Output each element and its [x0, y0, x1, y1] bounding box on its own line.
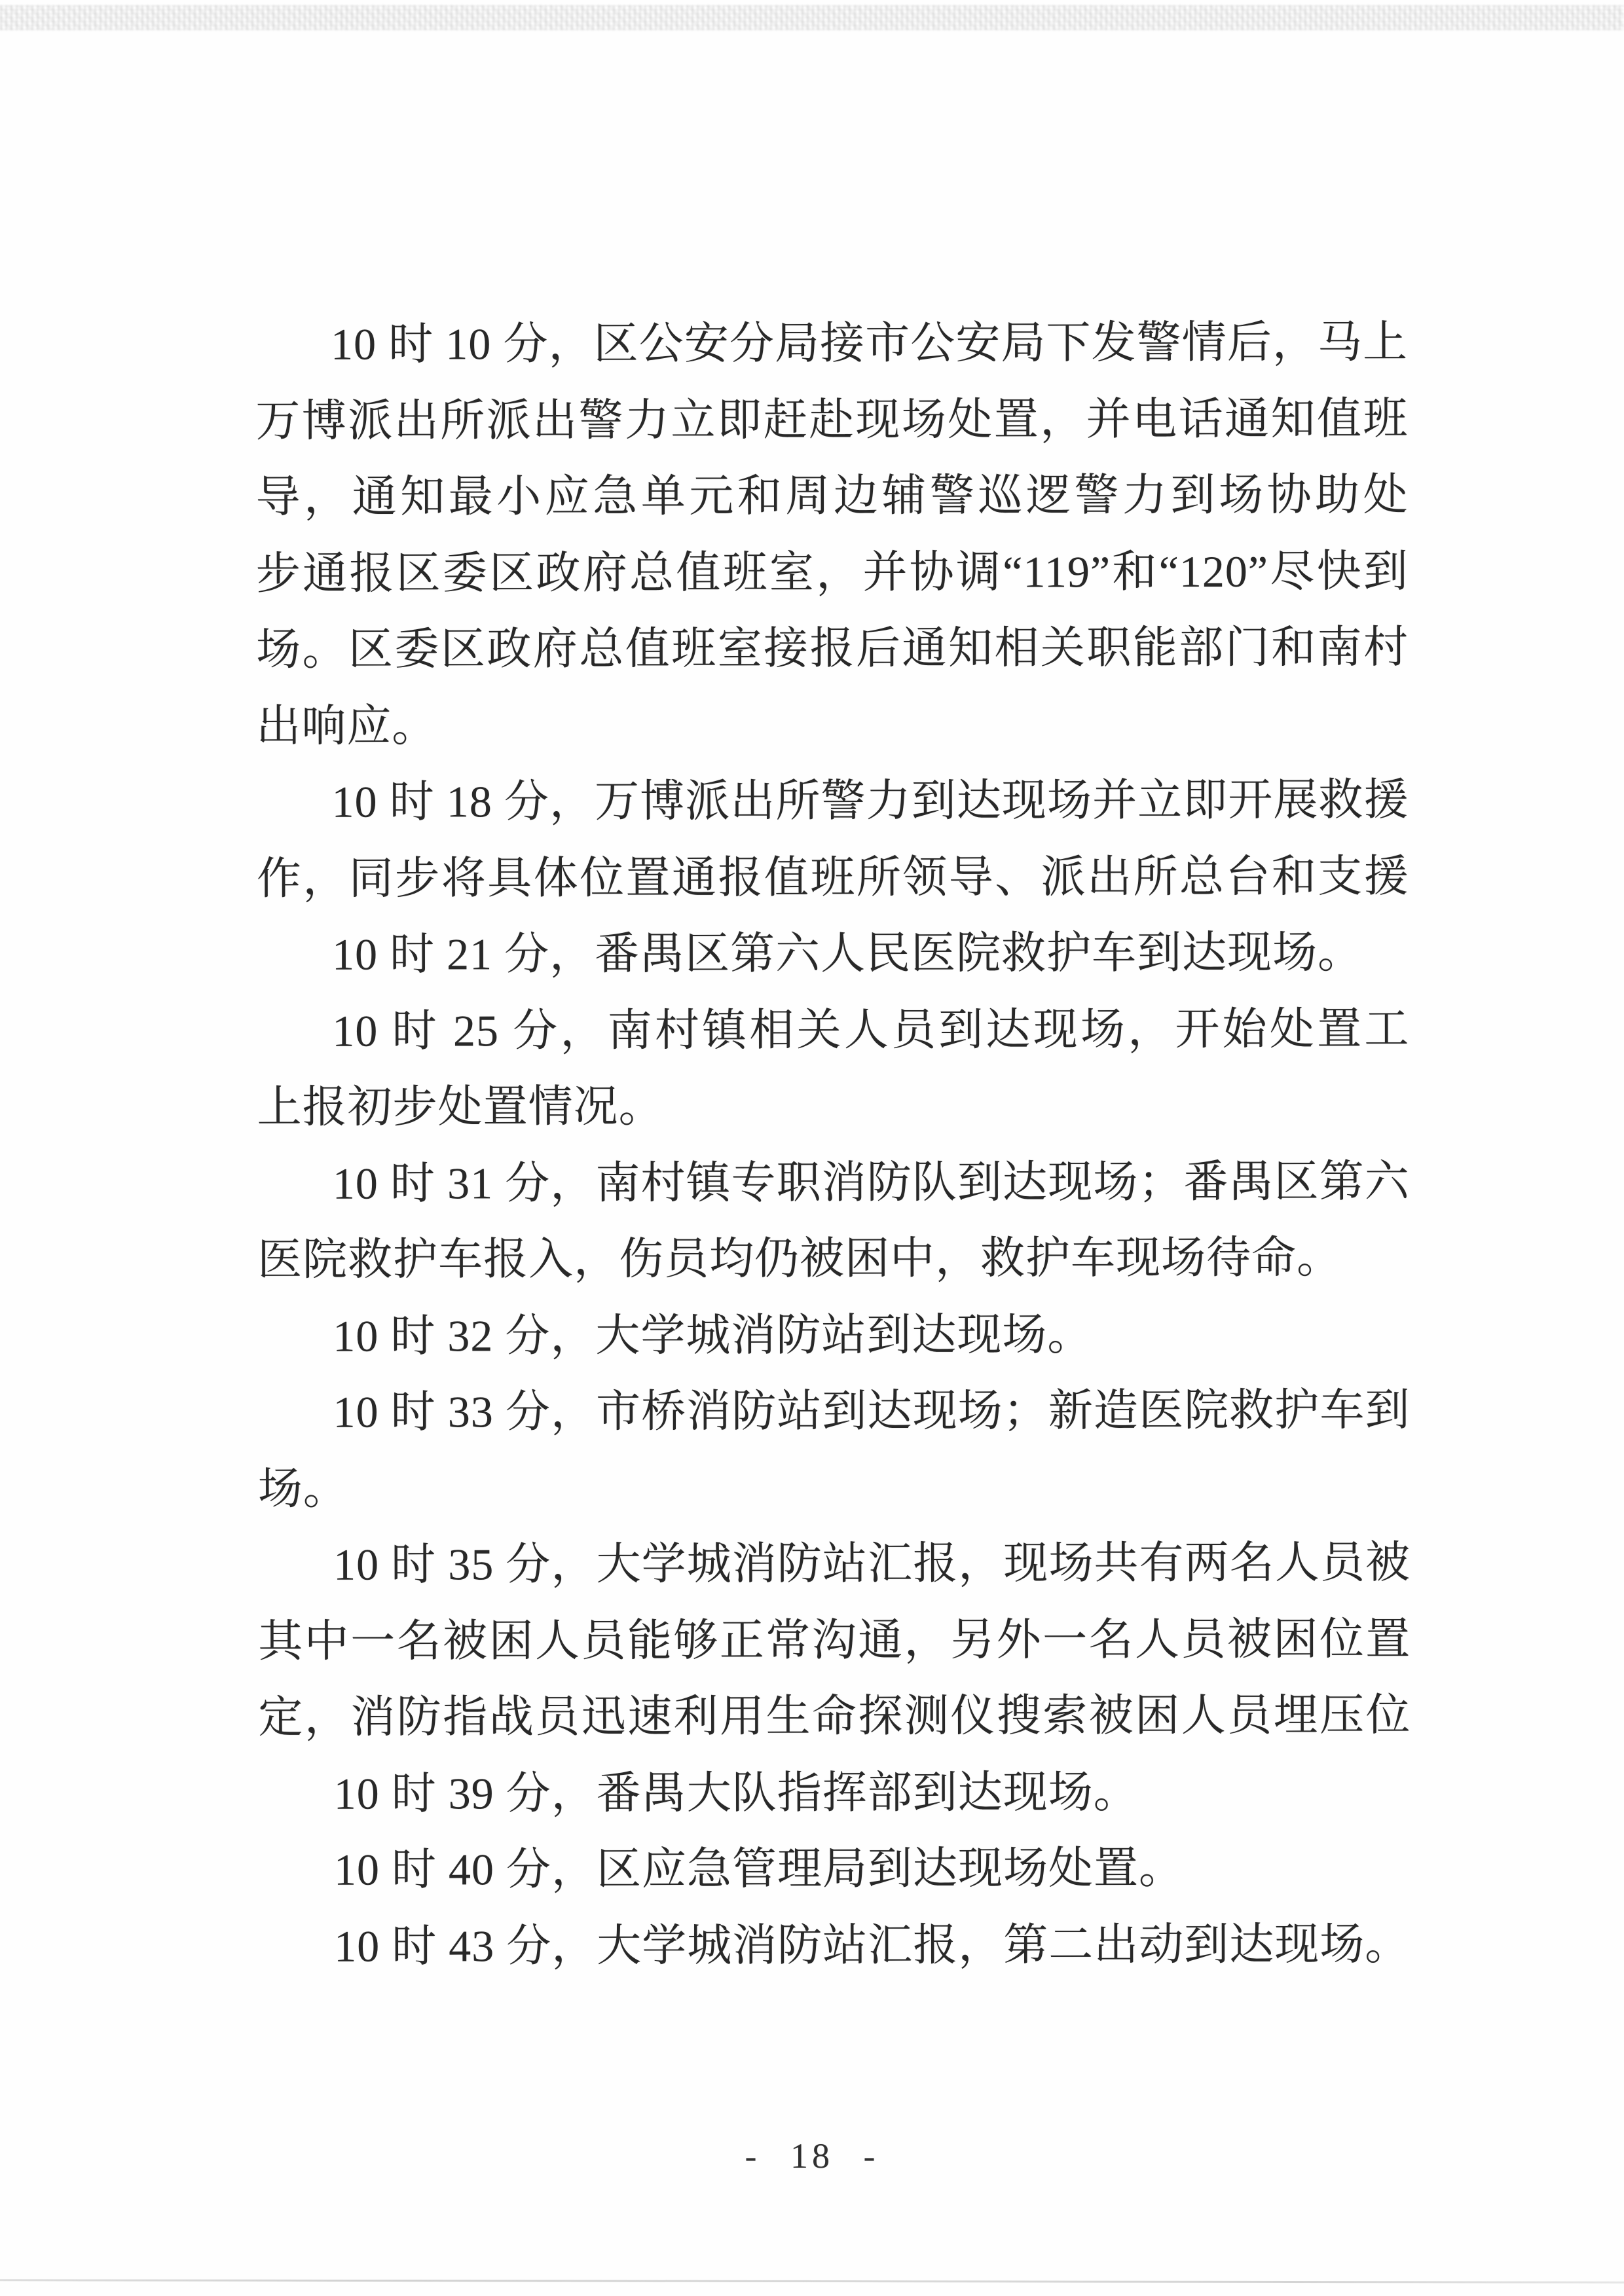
text-line: 10 时 18 分，万博派出所警力到达现场并立即开展救援工 [256, 761, 1409, 840]
text-line: 10 时 39 分，番禺大队指挥部到达现场。 [259, 1753, 1411, 1832]
text-line: 定，消防指战员迅速利用生命探测仪搜索被困人员埋压位置。 [258, 1677, 1411, 1755]
scan-noise-artifact [0, 5, 1624, 30]
scanned-page: 10 时 10 分，区公安分局接市公安局下发警情后，马上指令万博派出所派出警力立… [0, 0, 1624, 2296]
page-number: - 18 - [0, 2136, 1624, 2176]
document-body: 10 时 10 分，区公安分局接市公安局下发警情后，马上指令万博派出所派出警力立… [255, 304, 1411, 1984]
text-line: 场。 [258, 1448, 1411, 1527]
text-line: 作，同步将具体位置通报值班所领导、派出所总台和支援警力。 [257, 838, 1409, 917]
text-line: 10 时 10 分，区公安分局接市公安局下发警情后，马上指令 [255, 304, 1408, 382]
text-line: 万博派出所派出警力立即赶赴现场处置，并电话通知值班所领 [255, 380, 1408, 459]
text-line: 10 时 31 分，南村镇专职消防队到达现场；番禺区第六人民 [257, 1143, 1410, 1222]
text-line: 10 时 33 分，市桥消防站到达现场；新造医院救护车到达现 [257, 1372, 1410, 1450]
text-line: 医院救护车报入，伤员均仍被困中，救护车现场待命。 [257, 1219, 1410, 1298]
text-line: 10 时 32 分，大学城消防站到达现场。 [257, 1296, 1410, 1374]
text-line: 导，通知最小应急单元和周边辅警巡逻警力到场协助处置；同 [255, 456, 1408, 535]
text-line: 步通报区委区政府总值班室，并协调“119”和“120”尽快到 [256, 533, 1409, 611]
scan-edge-line-artifact [0, 2279, 1624, 2283]
text-line: 其中一名被困人员能够正常沟通，另外一名人员被困位置不确 [258, 1601, 1411, 1679]
text-line: 上报初步处置情况。 [257, 1066, 1409, 1145]
text-line: 10 时 35 分，大学城消防站汇报，现场共有两名人员被困， [258, 1524, 1411, 1603]
text-line: 出响应。 [256, 685, 1409, 764]
text-line: 10 时 25 分，南村镇相关人员到达现场，开始处置工作，并 [257, 991, 1409, 1069]
text-line: 10 时 40 分，区应急管理局到达现场处置。 [259, 1829, 1411, 1908]
text-line: 10 时 21 分，番禺区第六人民医院救护车到达现场。 [257, 914, 1409, 993]
text-line: 场。区委区政府总值班室接报后通知相关职能部门和南村镇作 [256, 609, 1409, 687]
text-line: 10 时 43 分，大学城消防站汇报，第二出动到达现场。 [259, 1906, 1411, 1984]
